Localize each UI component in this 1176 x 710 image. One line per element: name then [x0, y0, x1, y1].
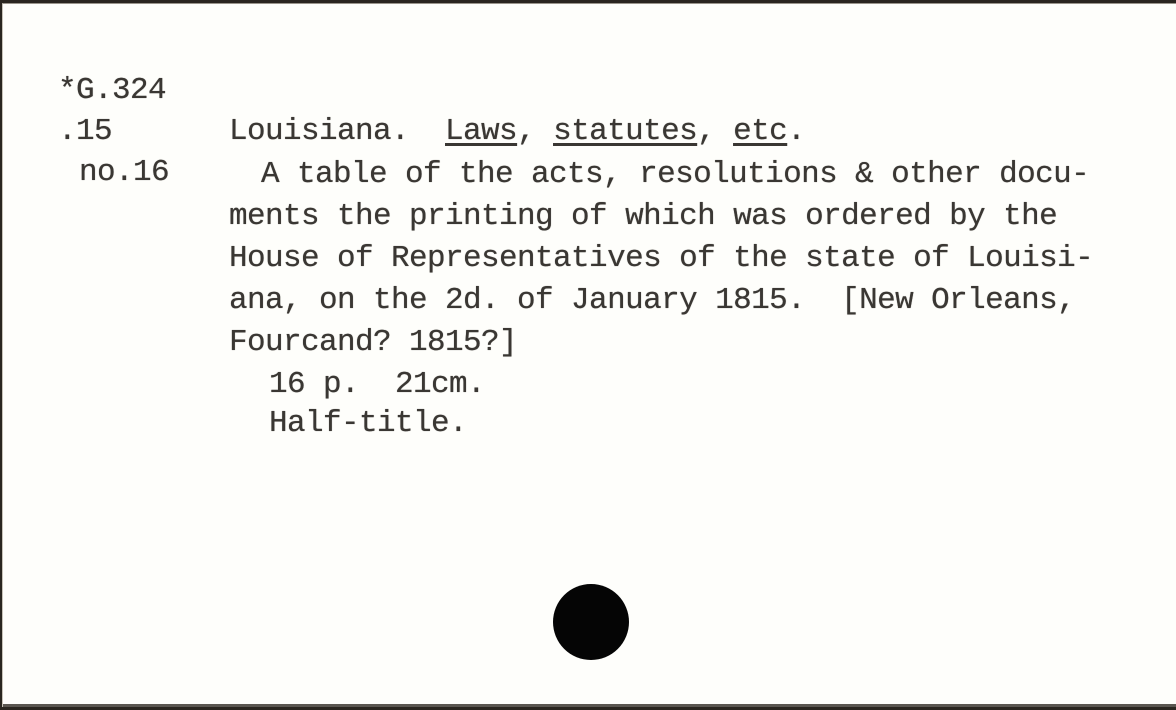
- uniform-title-etc: etc: [733, 114, 787, 149]
- uniform-title-laws: Laws: [445, 114, 517, 149]
- call-number-line-2: .15: [58, 111, 112, 152]
- title-line: ments the printing of which was ordered …: [229, 196, 1057, 237]
- title-line: House of Representatives of the state of…: [229, 238, 1093, 279]
- call-number-line-3: no.16: [79, 152, 169, 193]
- separator: ,: [517, 114, 553, 149]
- collation: 16 p. 21cm.: [269, 364, 485, 405]
- title-line: ana, on the 2d. of January 1815. [New Or…: [229, 280, 1075, 321]
- punch-hole: [553, 584, 629, 660]
- title-line: A table of the acts, resolutions & other…: [261, 154, 1089, 195]
- heading: Louisiana. Laws, statutes, etc.: [229, 111, 805, 152]
- terminal-period: .: [787, 114, 805, 149]
- separator: ,: [697, 114, 733, 149]
- card-bottom-edge: [3, 704, 1176, 707]
- main-entry: Louisiana.: [229, 114, 409, 149]
- call-number-line-1: *G.324: [58, 70, 166, 111]
- title-line: Fourcand? 1815?]: [229, 322, 517, 363]
- uniform-title-statutes: statutes: [553, 114, 697, 149]
- note: Half-title.: [269, 403, 467, 444]
- catalog-card: *G.324 .15 no.16 Louisiana. Laws, statut…: [2, 3, 1176, 707]
